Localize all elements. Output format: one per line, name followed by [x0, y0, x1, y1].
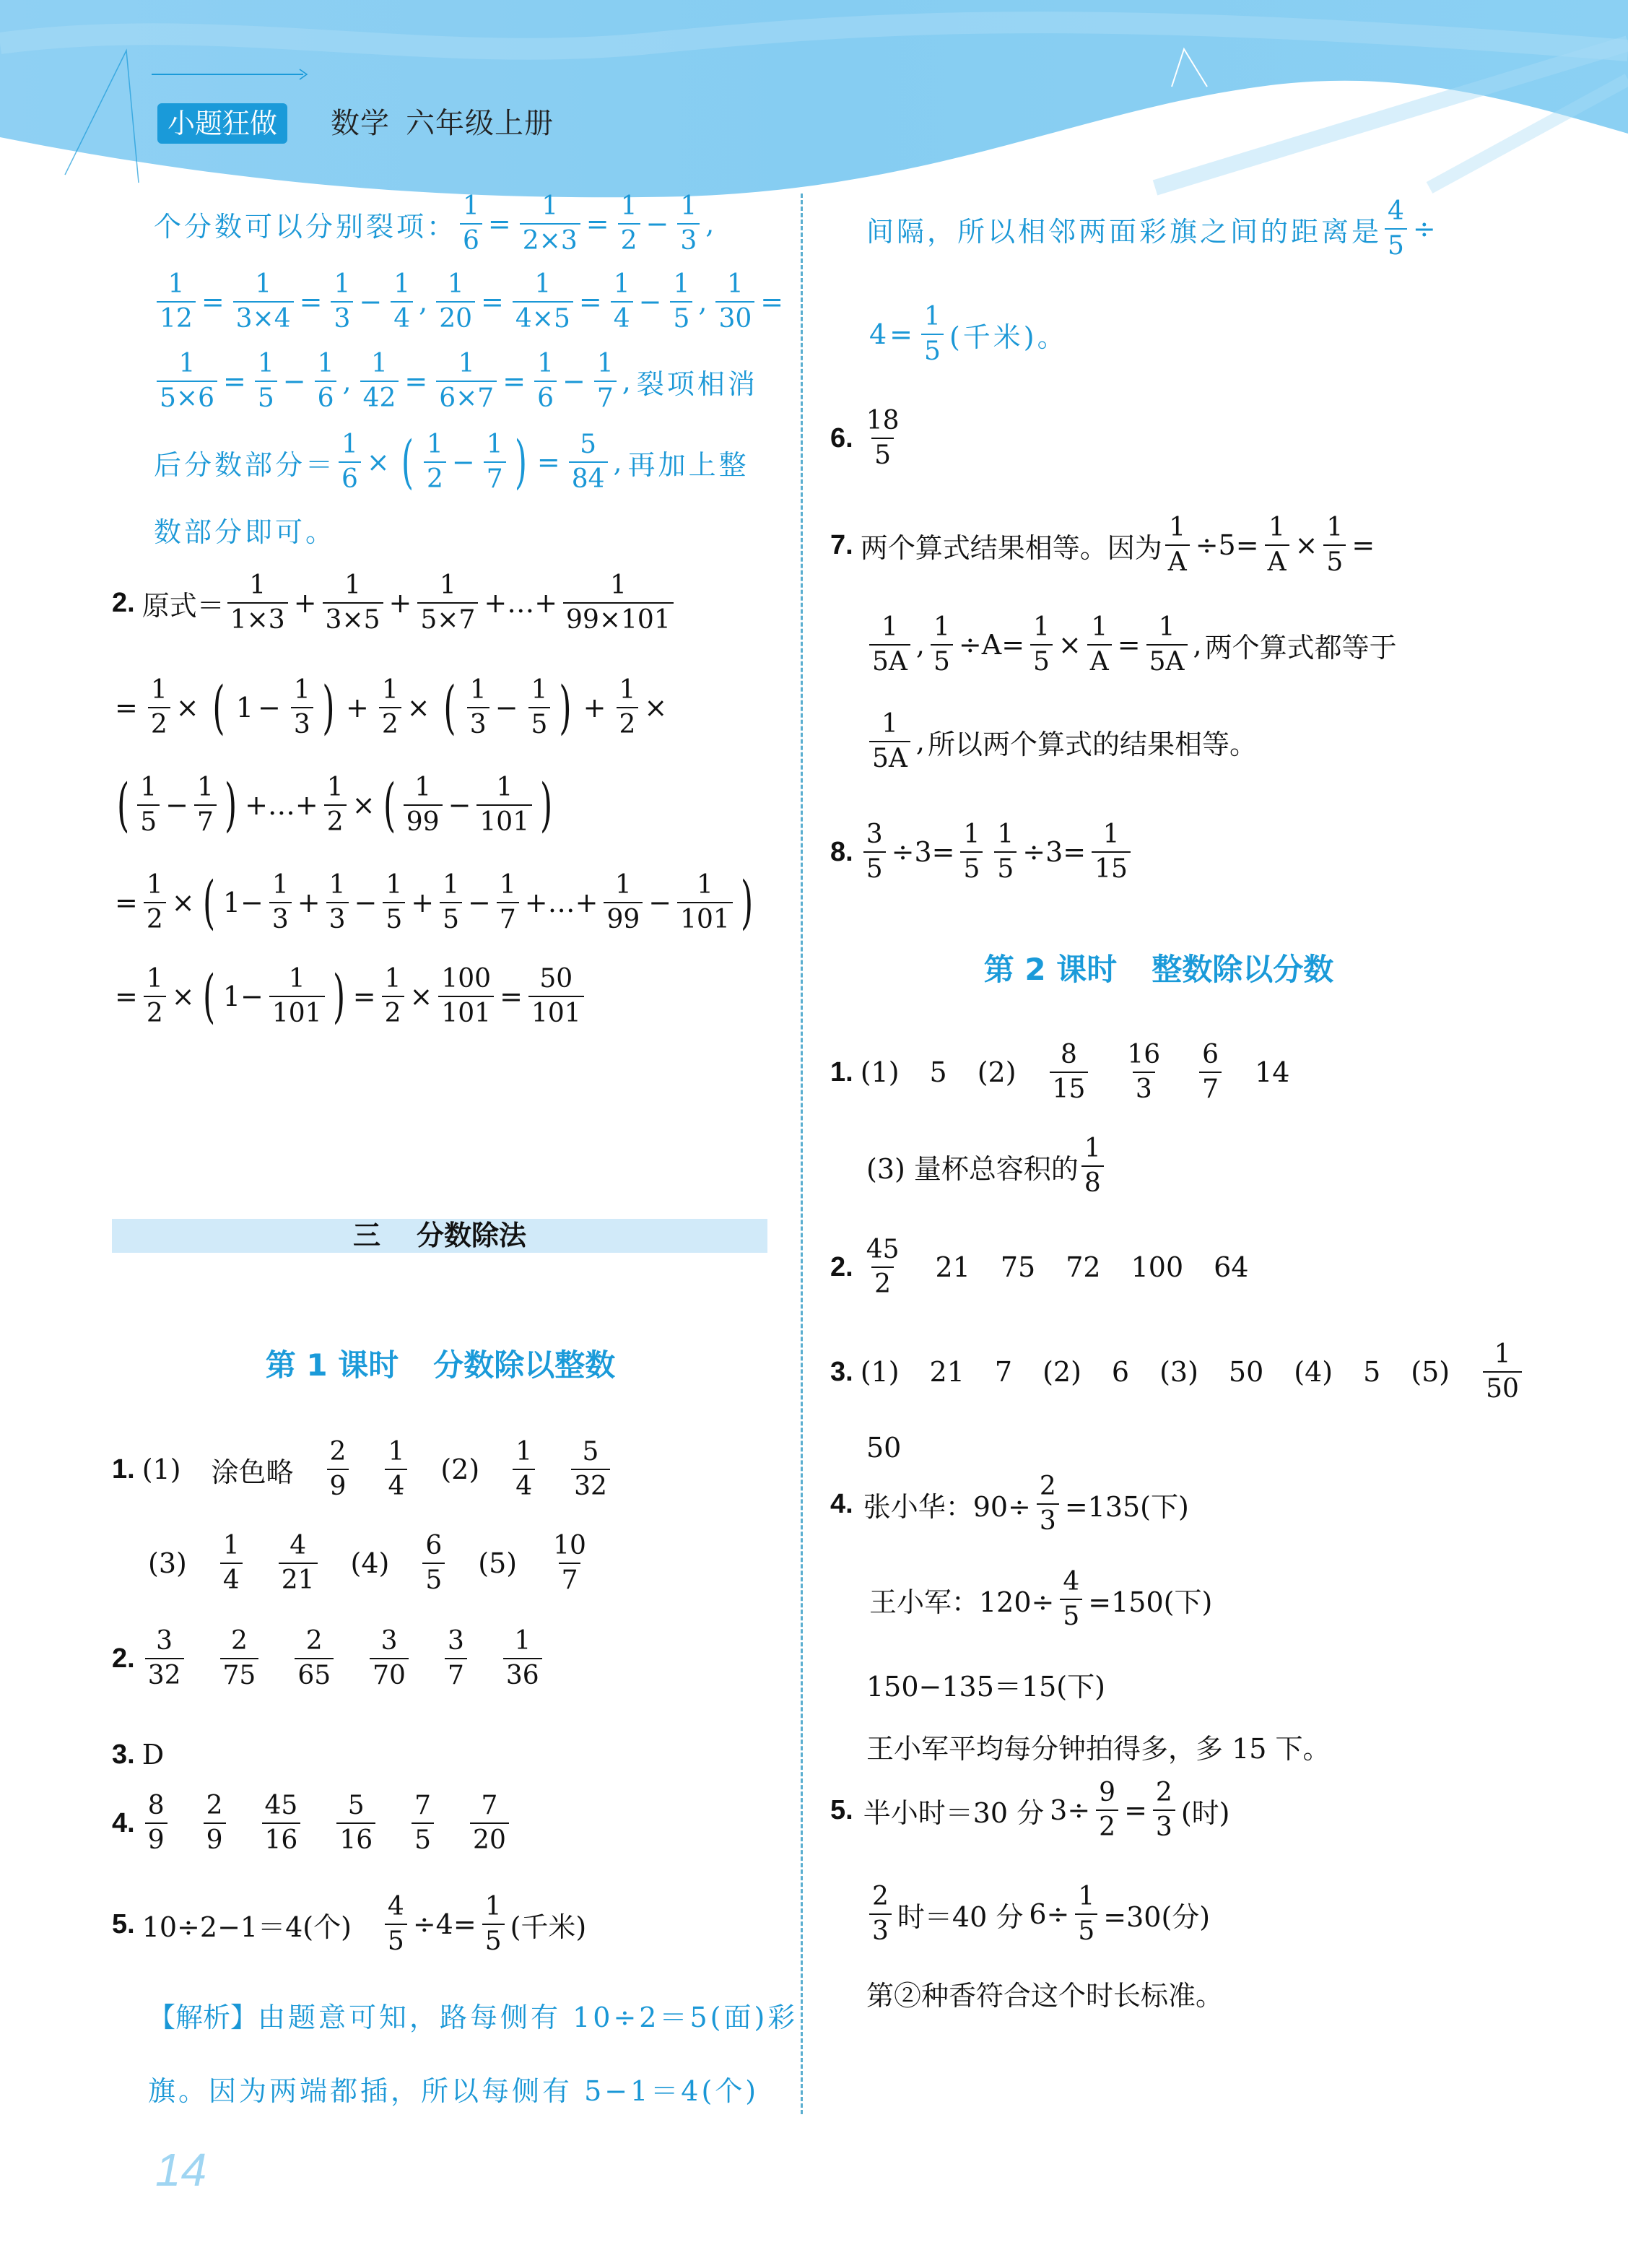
fraction: 100101	[438, 964, 494, 1029]
analysis-line: 【解析】 由题意可知，路每侧有 10÷2＝5(面)彩	[148, 1997, 798, 2033]
question-6: 6. 185	[830, 406, 905, 471]
fraction: 130	[715, 269, 754, 334]
fraction: 15	[137, 773, 160, 838]
fraction: 1A	[1265, 513, 1289, 578]
fraction: 15×7	[417, 570, 478, 635]
fraction: 13	[331, 269, 353, 334]
lesson2-question-4-cont: 王小军平均每分钟拍得多，多 15 下。	[866, 1728, 1331, 1764]
fraction: 89	[145, 1791, 167, 1856]
fraction: 1101	[269, 964, 325, 1029]
fraction: 115	[1092, 820, 1131, 885]
fraction: 18	[1081, 1134, 1104, 1199]
analysis-line: 112=13×4=13−14,120=14×5=14−15,130=	[154, 273, 789, 331]
fraction: 584	[569, 430, 608, 495]
page-header: 小题狂做 数学六年级上册	[0, 0, 1628, 202]
fraction: 4516	[262, 1791, 301, 1856]
fraction: 13	[326, 870, 349, 935]
fraction: 14	[220, 1531, 243, 1596]
fraction: 13	[677, 191, 700, 256]
fraction: 15	[994, 820, 1017, 885]
lesson-2-title: 第 2 课时整数除以分数	[830, 946, 1487, 989]
fraction: 12	[324, 773, 347, 838]
page-number: 14	[155, 2143, 206, 2197]
question-2-line: 2. 原式＝ 11×3+13×5+15×7+…+199×101	[112, 570, 676, 635]
fraction: 199×101	[563, 570, 674, 635]
fraction: 15A	[869, 612, 910, 677]
analysis-line: 4=15(千米)。	[866, 302, 1071, 367]
fraction: 17	[484, 430, 506, 495]
fraction: 15	[921, 302, 944, 367]
grade-label: 六年级上册	[406, 107, 554, 140]
fraction: 370	[370, 1626, 409, 1691]
analysis-line: 旗。因为两端都插，所以每侧有 5−1＝4(个)	[148, 2070, 759, 2106]
fraction: 15	[931, 612, 953, 677]
lesson2-question-1-cont: (3) 量杯总容积的 18	[866, 1134, 1107, 1199]
fraction: 15	[1323, 513, 1346, 578]
fraction: 185	[863, 406, 902, 471]
fraction: 332	[145, 1626, 184, 1691]
fraction: 23	[1037, 1472, 1059, 1537]
fraction: 12	[618, 191, 640, 256]
lesson1-question-1-cont: (3)14421(4)65(5)107	[148, 1531, 592, 1596]
fraction: 13	[291, 675, 313, 740]
fraction: 29	[204, 1791, 226, 1856]
fraction: 516	[336, 1791, 375, 1856]
fraction: 92	[1096, 1778, 1118, 1843]
fraction: 15	[482, 1892, 505, 1957]
column-divider	[801, 194, 803, 2114]
question-7-cont: 15A, 所以两个算式的结果相等。	[866, 709, 1257, 774]
analysis-line: 数部分即可。	[154, 511, 336, 547]
fraction: 15A	[869, 709, 910, 774]
question-7: 7. 两个算式结果相等。因为 1A÷5=1A×15=	[830, 513, 1377, 578]
lesson1-question-3: 3. D	[112, 1737, 164, 1773]
fraction: 452	[863, 1235, 902, 1300]
fraction: 136	[503, 1626, 542, 1691]
fraction: 13	[269, 870, 292, 935]
subject-label: 数学	[331, 107, 390, 140]
fraction: 120	[436, 269, 475, 334]
fraction: 163	[1124, 1040, 1163, 1105]
fraction: 107	[550, 1531, 589, 1596]
fraction: 112	[157, 269, 196, 334]
analysis-tag: 【解析】	[148, 1995, 258, 2035]
fraction: 14	[391, 269, 413, 334]
series-logo: 小题狂做	[157, 103, 287, 144]
fraction: 29	[327, 1437, 349, 1502]
lesson2-question-4: 4. 张小华：90÷23=135(下)	[830, 1472, 1192, 1537]
analysis-line: 后分数部分＝ 16×(12−17)=584, 再加上整	[154, 430, 749, 495]
fraction: 45	[1060, 1567, 1082, 1632]
analysis-line: 个分数可以分别裂项： 16=12×3=12−13,	[154, 195, 720, 253]
fraction: 275	[220, 1626, 259, 1691]
fraction: 15A	[1146, 612, 1188, 677]
fraction: 35	[863, 820, 886, 885]
lesson2-question-5-cont: 第②种香符合这个时长标准。	[866, 1975, 1223, 2011]
fraction: 16×7	[436, 349, 497, 414]
question-8: 8. 35÷3=15 15÷3=115	[830, 820, 1133, 885]
fraction: 15	[1030, 612, 1053, 677]
fraction: 12	[382, 964, 404, 1029]
fraction: 150	[1483, 1339, 1522, 1404]
question-2-line: =12×(1−1101)=12×100101=50101	[112, 964, 587, 1029]
question-7-cont: 15A,15÷A=15×1A=15A, 两个算式都等于	[866, 612, 1397, 677]
fraction: 421	[279, 1531, 318, 1596]
fraction: 1A	[1087, 612, 1112, 677]
analysis-line: 15×6=15−16,142=16×7=16−17, 裂项相消	[154, 352, 758, 410]
question-2-line: =12×(1−13+13−15+15−17+…+199−1101)	[112, 870, 758, 935]
fraction: 12	[424, 430, 446, 495]
fraction: 15	[528, 675, 551, 740]
lesson1-question-2: 2. 33227526537037136	[112, 1626, 545, 1691]
book-title: 数学六年级上册	[331, 103, 554, 144]
fraction: 199	[604, 870, 643, 935]
fraction: 15	[440, 870, 462, 935]
fraction: 37	[445, 1626, 467, 1691]
lesson2-question-2: 2. 45221757210064	[830, 1235, 1248, 1300]
fraction: 50101	[528, 964, 584, 1029]
fraction: 12	[379, 675, 401, 740]
fraction: 15	[670, 269, 692, 334]
fraction: 16	[534, 349, 557, 414]
fraction: 17	[497, 870, 519, 935]
fraction: 13	[467, 675, 489, 740]
fraction: 15×6	[157, 349, 217, 414]
lesson2-question-3-cont: 50	[866, 1430, 901, 1466]
fraction: 1101	[677, 870, 733, 935]
fraction: 23	[1153, 1778, 1175, 1843]
lesson2-question-4-cont: 王小军：120÷45=150(下)	[866, 1567, 1215, 1632]
question-2-line: (15−17)+…+12×(199−1101)	[112, 773, 557, 838]
fraction: 14	[611, 269, 633, 334]
fraction: 12×3	[520, 191, 580, 256]
fraction: 532	[571, 1437, 610, 1502]
fraction: 17	[194, 773, 217, 838]
fraction: 45	[1385, 196, 1407, 261]
fraction: 13×4	[233, 269, 294, 334]
fraction: 14×5	[513, 269, 573, 334]
lesson2-question-4-cont: 150−135＝15(下)	[866, 1666, 1105, 1702]
section-heading: 三分数除法	[112, 1219, 767, 1253]
fraction: 14	[385, 1437, 407, 1502]
analysis-line: 间隔，所以相邻两面彩旗之间的距离是 45÷	[866, 196, 1442, 261]
fraction: 1101	[476, 773, 532, 838]
question-2-line: =12×(1−13)+12×(13−15)+12×	[112, 675, 674, 740]
fraction: 1A	[1165, 513, 1190, 578]
wave-banner-graphic	[0, 0, 1628, 202]
fraction: 16	[315, 349, 337, 414]
lesson1-question-5: 5. 10÷2−1＝4(个) 45÷4=15(千米)	[112, 1892, 589, 1957]
lesson2-question-5-cont: 23时＝40 分 6÷15=30(分)	[866, 1882, 1213, 1947]
fraction: 199	[404, 773, 443, 838]
lesson1-question-1: 1. (1)涂色略2914(2)14532	[112, 1437, 613, 1502]
fraction: 720	[470, 1791, 509, 1856]
fraction: 15	[255, 349, 277, 414]
fraction: 23	[869, 1882, 892, 1947]
fraction: 17	[594, 349, 617, 414]
fraction: 12	[144, 870, 166, 935]
fraction: 65	[422, 1531, 445, 1596]
fraction: 12	[148, 675, 170, 740]
fraction: 12	[617, 675, 639, 740]
lesson2-question-3: 3. (1)217(2)6(3)50(4)5(5)150	[830, 1339, 1525, 1404]
fraction: 11×3	[227, 570, 288, 635]
fraction: 15	[960, 820, 983, 885]
fraction: 75	[412, 1791, 434, 1856]
fraction: 15	[1075, 1882, 1097, 1947]
fraction: 14	[513, 1437, 535, 1502]
lesson2-question-1: 1. (1)5(2)8151636714	[830, 1040, 1289, 1105]
fraction: 13×5	[323, 570, 383, 635]
lesson2-question-5: 5. 半小时＝30 分 3÷92=23(时)	[830, 1778, 1232, 1843]
fraction: 815	[1050, 1040, 1089, 1105]
fraction: 142	[360, 349, 399, 414]
fraction: 45	[385, 1892, 407, 1957]
fraction: 12	[144, 964, 166, 1029]
fraction: 16	[460, 191, 482, 256]
fraction: 265	[295, 1626, 334, 1691]
fraction: 16	[339, 430, 361, 495]
fraction: 15	[383, 870, 405, 935]
fraction: 67	[1199, 1040, 1222, 1105]
lesson-1-title: 第 1 课时分数除以整数	[112, 1342, 769, 1385]
lesson1-question-4: 4. 8929451651675720	[112, 1791, 512, 1856]
